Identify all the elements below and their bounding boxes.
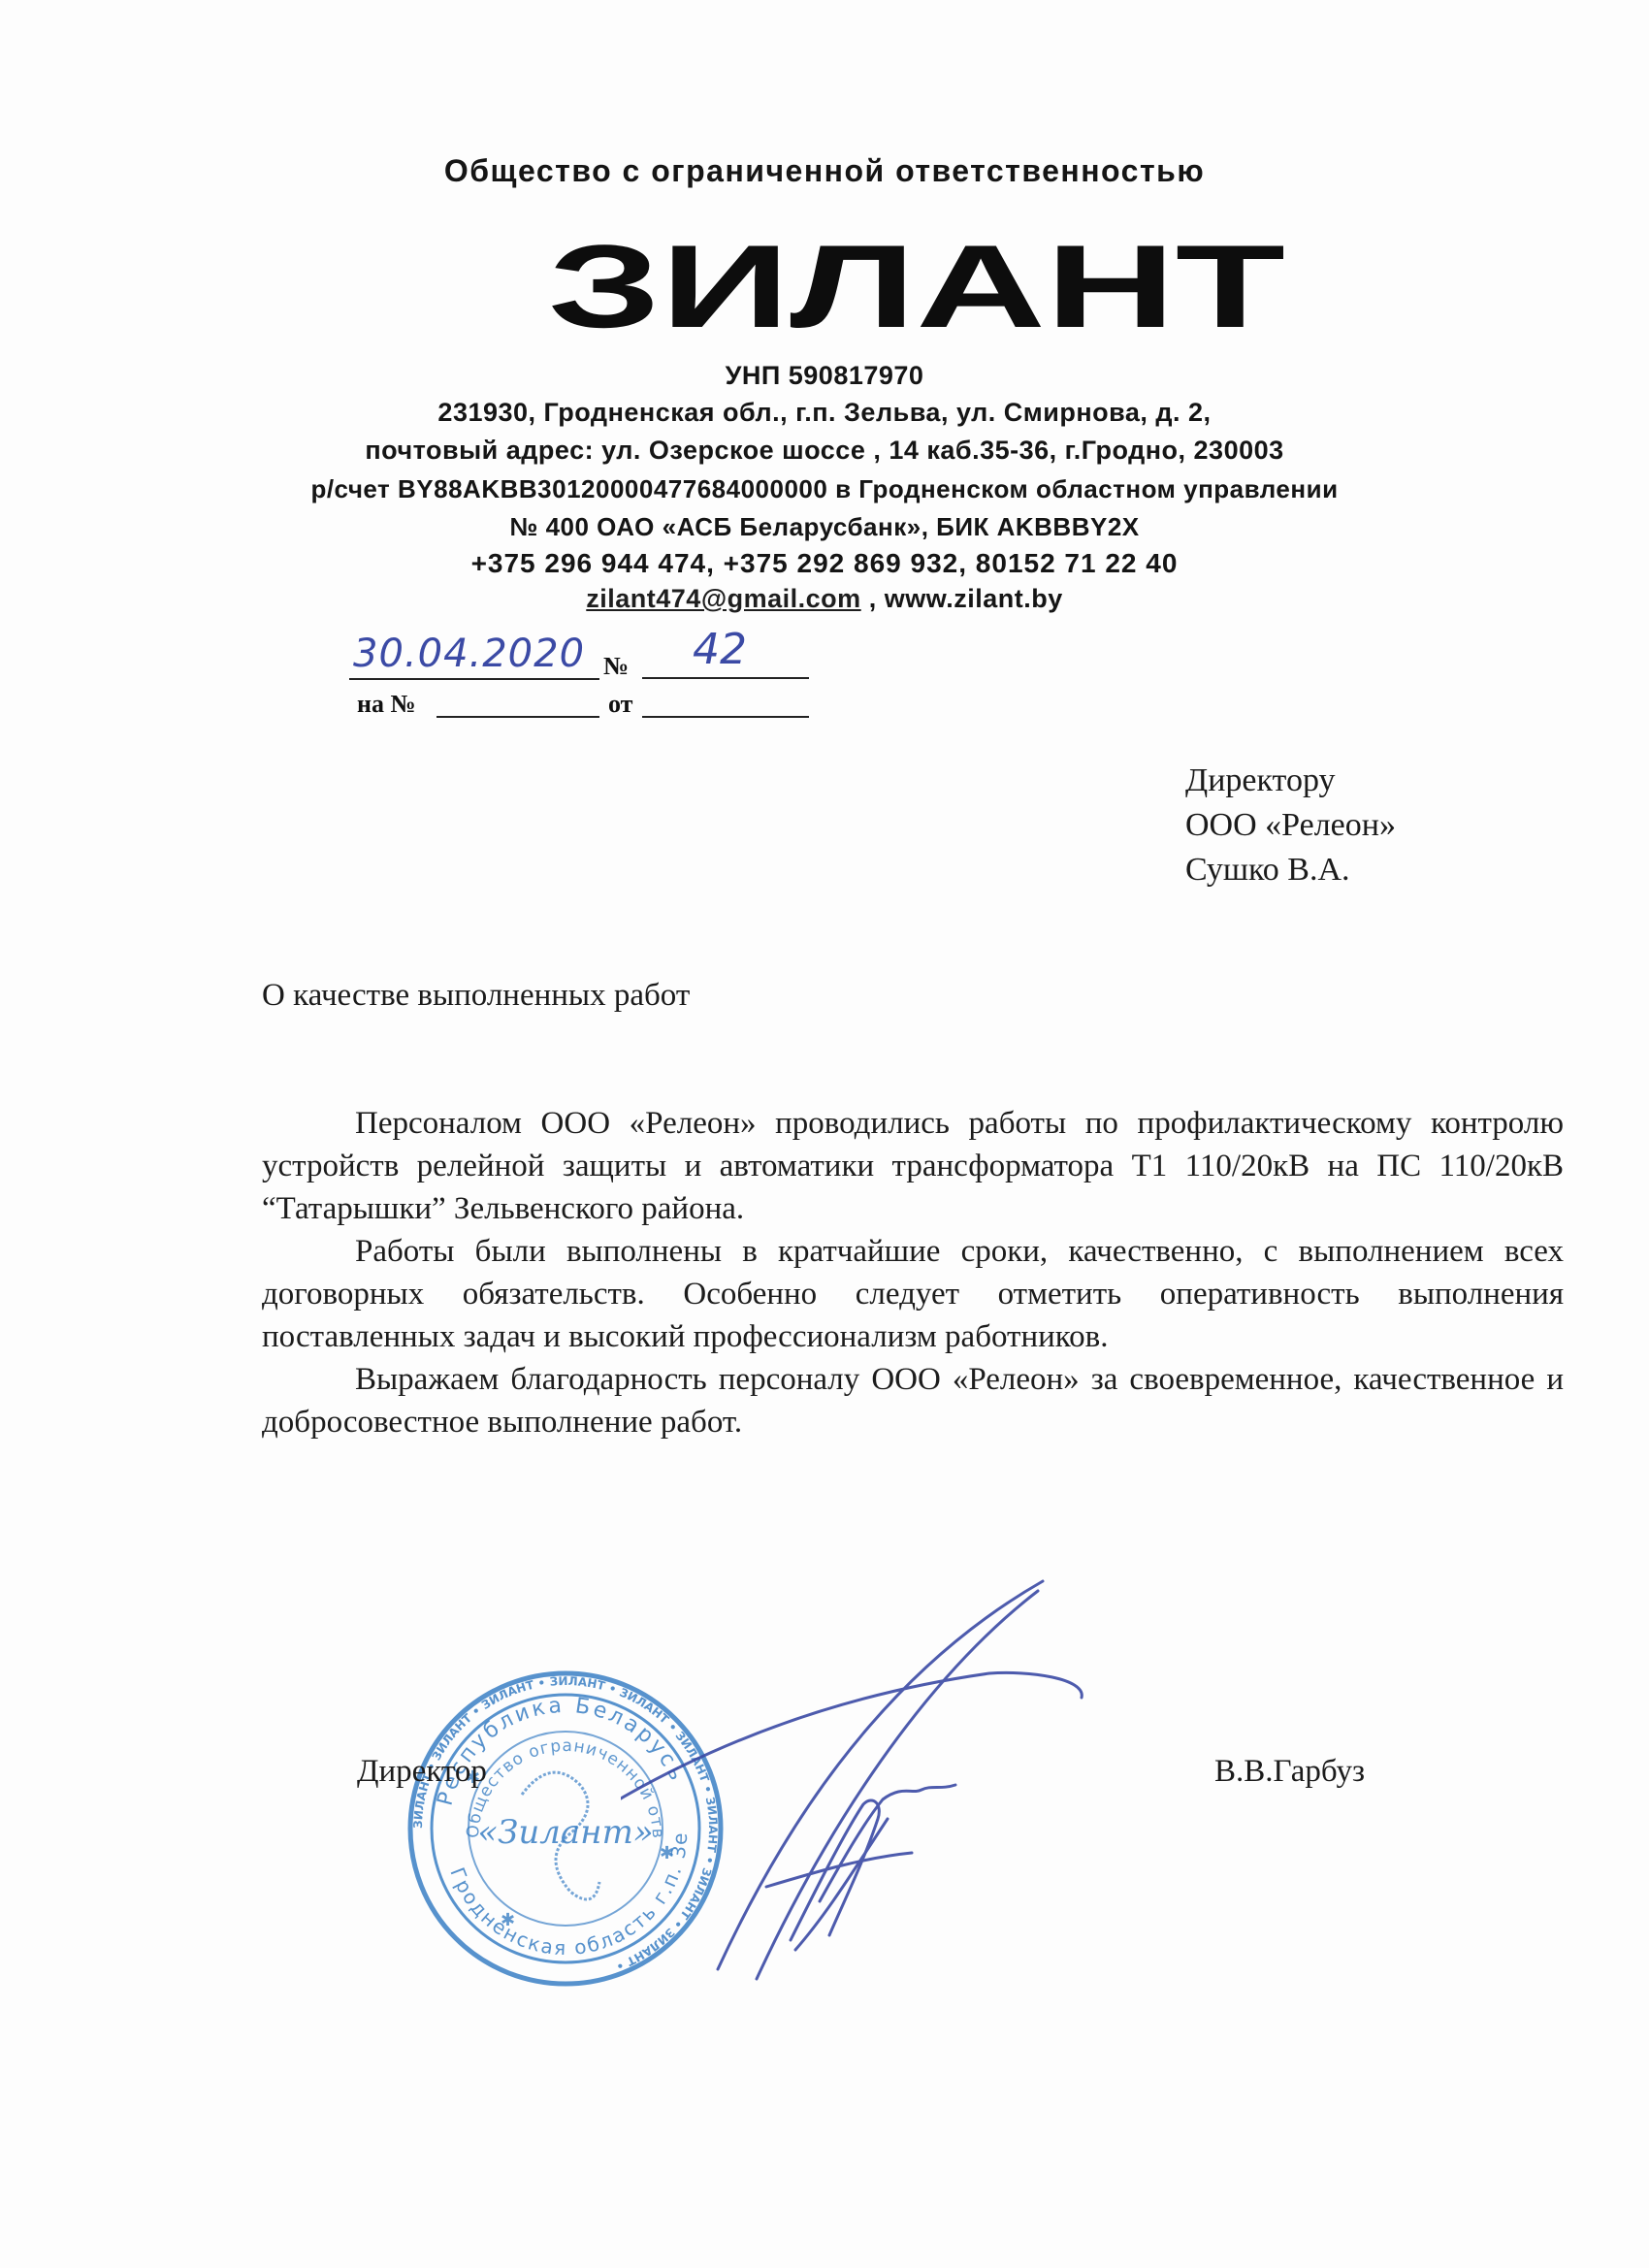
letter-page: Общество с ограниченной ответственностью… [0, 0, 1649, 2268]
letter-body: Персоналом ООО «Релеон» проводились рабо… [262, 1102, 1564, 1443]
signatory-name: В.В.Гарбуз [1214, 1754, 1365, 1790]
reply-to-number-line [436, 716, 599, 718]
svg-text:ЗИЛАНТ: ЗИЛАНТ [548, 238, 1285, 352]
date-field: 30.04.2020 [349, 635, 640, 682]
reply-to-label: на № [357, 690, 416, 719]
handwritten-date: 30.04.2020 [353, 632, 585, 676]
contacts-line: zilant474@gmail.com , www.zilant.by [0, 584, 1649, 614]
legal-address: 231930, Гродненская обл., г.п. Зельва, у… [0, 398, 1649, 428]
org-type: Общество с ограниченной ответственностью [0, 153, 1649, 189]
brand-logo: ЗИЛАНТ [0, 238, 1649, 354]
bank-details: № 400 ОАО «АСБ Беларусбанк», БИК AKBBBY2… [0, 512, 1649, 542]
from-label: от [608, 690, 632, 719]
signatory-title: Директор [357, 1754, 487, 1790]
body-paragraph: Персоналом ООО «Релеон» проводились рабо… [262, 1102, 1564, 1230]
handwritten-signature [621, 1552, 1086, 2008]
addressee-position: Директору [1185, 759, 1396, 803]
date-underline [349, 678, 599, 680]
unp: УНП 590817970 [0, 361, 1649, 391]
brand-logo-graphic: ЗИЛАНТ [538, 238, 1295, 354]
addressee-name: Сушко В.А. [1185, 848, 1396, 892]
handwritten-number: 42 [693, 625, 747, 674]
postal-address: почтовый адрес: ул. Озерское шоссе , 14 … [0, 436, 1649, 466]
from-date-line [642, 716, 809, 718]
website-link[interactable]: www.zilant.by [885, 584, 1063, 613]
bank-account: р/счет BY88AKBB30120000477684000000 в Гр… [0, 474, 1649, 504]
contacts-separator: , [861, 584, 885, 613]
email-link[interactable]: zilant474@gmail.com [586, 584, 860, 613]
subject-line: О качестве выполненных работ [262, 978, 690, 1014]
addressee-company: ООО «Релеон» [1185, 803, 1396, 848]
number-label: № [603, 652, 629, 681]
addressee-block: Директору ООО «Релеон» Сушко В.А. [1185, 759, 1396, 892]
phones: +375 296 944 474, +375 292 869 932, 8015… [0, 548, 1649, 579]
body-paragraph: Работы были выполнены в кратчайшие сроки… [262, 1230, 1564, 1358]
number-underline [642, 677, 809, 679]
body-paragraph: Выражаем благодарность персоналу ООО «Ре… [262, 1358, 1564, 1443]
svg-text:✱: ✱ [501, 1910, 515, 1929]
number-field: 42 [642, 631, 813, 679]
